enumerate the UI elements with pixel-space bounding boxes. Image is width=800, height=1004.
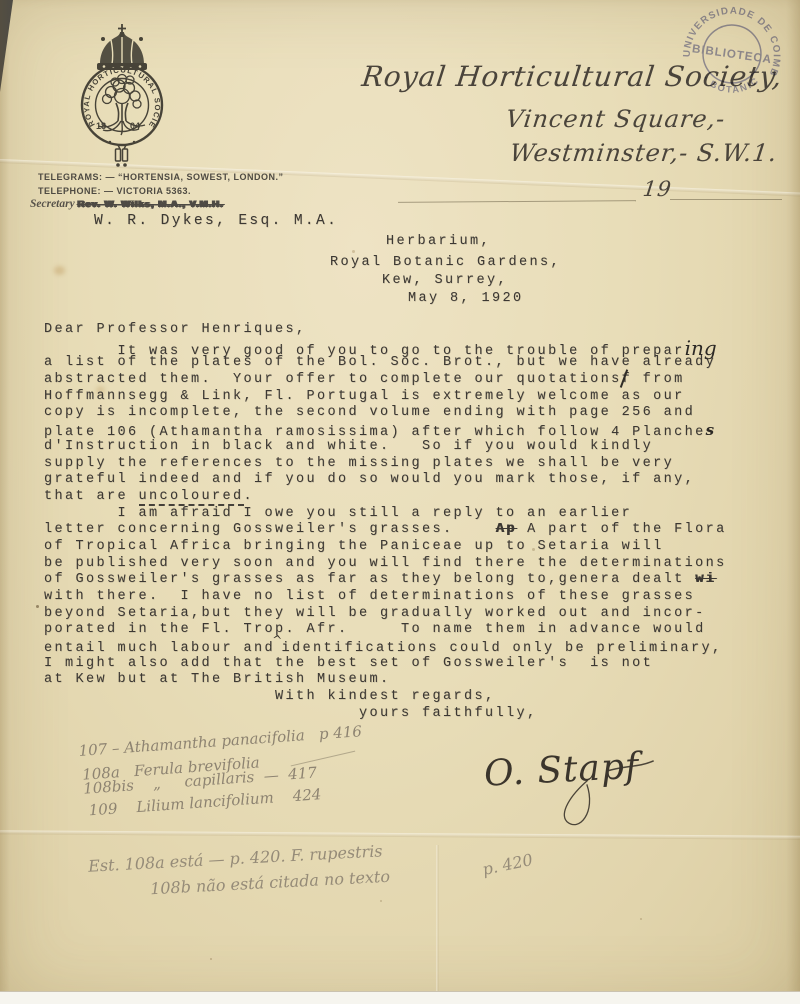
paper-edge-shading <box>786 0 800 1004</box>
body-line: a list of the plates of the Bol. Soc. Br… <box>44 355 727 372</box>
telegrams-line: TELEGRAMS: — “HORTENSIA, SOWEST, LONDON.… <box>38 172 284 182</box>
body-line: at Kew but at The British Museum. <box>44 672 727 689</box>
telephone-line: TELEPHONE: — VICTORIA 5363. <box>38 186 191 196</box>
secretary-name-struck: Rev. W. Wilks, M.A., V.M.H. <box>78 199 224 210</box>
body-line: I am afraid I owe you still a reply to a… <box>44 506 727 523</box>
date-rule-left <box>398 200 636 203</box>
body-line: It was very good of you to go to the tro… <box>44 339 727 356</box>
address-line: Kew, Surrey, <box>382 273 508 288</box>
slashed-char: f <box>622 372 633 387</box>
body-line: plate 106 (Athamantha ramosissima) after… <box>44 422 727 439</box>
fold-crease-bottom <box>0 830 800 840</box>
body-line: d'Instruction in black and white. So if … <box>44 439 727 456</box>
letter-body: Dear Professor Henriques, It was very go… <box>44 322 727 723</box>
letter-date: May 8, 1920 <box>408 291 524 306</box>
signature-text: O. Stapf <box>483 745 645 794</box>
body-line: abstracted them. Your offer to complete … <box>44 372 727 389</box>
secretary-line: Secretary Rev. W. Wilks, M.A., V.M.H. <box>30 198 224 210</box>
struck-text: wi <box>695 572 716 587</box>
body-line: of Gossweiler's grasses as far as they b… <box>44 572 727 589</box>
closing-faithfully: yours faithfully, <box>44 706 727 723</box>
speck <box>380 900 382 902</box>
body-line: of Tropical Africa bringing the Paniceae… <box>44 539 727 556</box>
body-line: entail much labour and^identifications c… <box>44 639 727 656</box>
closing-regards: With kindest regards, <box>44 689 727 706</box>
body-line: letter concerning Gossweiler's grasses. … <box>44 522 727 539</box>
secretary-label: Secretary <box>30 198 75 210</box>
letter-scan-page: ROYAL HORTICULTURAL SOCIETY 18 04 <box>0 0 800 1004</box>
rhs-emblem: ROYAL HORTICULTURAL SOCIETY 18 04 <box>66 20 178 172</box>
body-line: beyond Setaria,but they will be graduall… <box>44 606 727 623</box>
speck <box>352 250 355 253</box>
pencil-note-page-ref: p. 420 <box>481 850 535 879</box>
recipient-name: W. R. Dykes, Esq. M.A. <box>94 213 338 229</box>
body-line: that are uncoloured. <box>44 489 727 506</box>
body-line: Hoffmannsegg & Link, Fl. Portugal is ext… <box>44 389 727 406</box>
address-line: Royal Botanic Gardens, <box>330 255 561 270</box>
salutation: Dear Professor Henriques, <box>44 322 727 339</box>
body-line: porated in the Fl. Trop. Afr. To name th… <box>44 622 727 639</box>
paper-edge-shading <box>0 0 10 1004</box>
speck <box>36 605 39 608</box>
emblem-year-left: 18 <box>96 121 106 131</box>
pencil-note-line: 108b não está citada no texto <box>150 867 391 899</box>
underlined-word: uncoloured <box>139 489 244 506</box>
insertion-caret: ^ <box>271 631 285 649</box>
handwritten-ing: ing <box>685 336 717 360</box>
stain <box>54 266 65 275</box>
letterhead-city: Westminster,- S.W.1. <box>508 139 779 167</box>
scanner-background <box>0 991 800 1004</box>
speck <box>210 958 212 960</box>
pencil-stroke <box>291 751 356 767</box>
letterhead-year-prefix: 19 <box>642 177 674 201</box>
body-line: be published very soon and you will find… <box>44 556 727 573</box>
address-line: Herbarium, <box>386 234 491 249</box>
stamp-center-text: BIBLIOTECA <box>691 42 773 66</box>
crown-icon <box>97 24 147 70</box>
stamp-arc-top-text: UNIVERSIDADE DE COIMBRA <box>676 0 788 79</box>
struck-text: Ap <box>496 522 517 537</box>
body-line: supply the references to the missing pla… <box>44 456 727 473</box>
fold-crease-vertical <box>436 845 439 1004</box>
pencil-list-line: 107 – Athamantha panacifolia p 416 <box>78 722 362 760</box>
body-line: grateful indeed and if you do so would y… <box>44 472 727 489</box>
body-line: copy is incomplete, the second volume en… <box>44 405 727 422</box>
svg-text:UNIVERSIDADE DE COIMBRA: UNIVERSIDADE DE COIMBRA <box>676 0 788 79</box>
speck <box>640 918 642 920</box>
body-line: with there. I have no list of determinat… <box>44 589 727 606</box>
handwritten-s: s <box>706 421 714 439</box>
coimbra-library-stamp: UNIVERSIDADE DE COIMBRA · BOTANICA · BIB… <box>676 0 788 110</box>
signature-block: O. Stapf <box>472 728 677 848</box>
date-rule-right <box>670 199 782 200</box>
emblem-year-right: 04 <box>130 121 140 131</box>
body-line: I might also add that the best set of Go… <box>44 656 727 673</box>
